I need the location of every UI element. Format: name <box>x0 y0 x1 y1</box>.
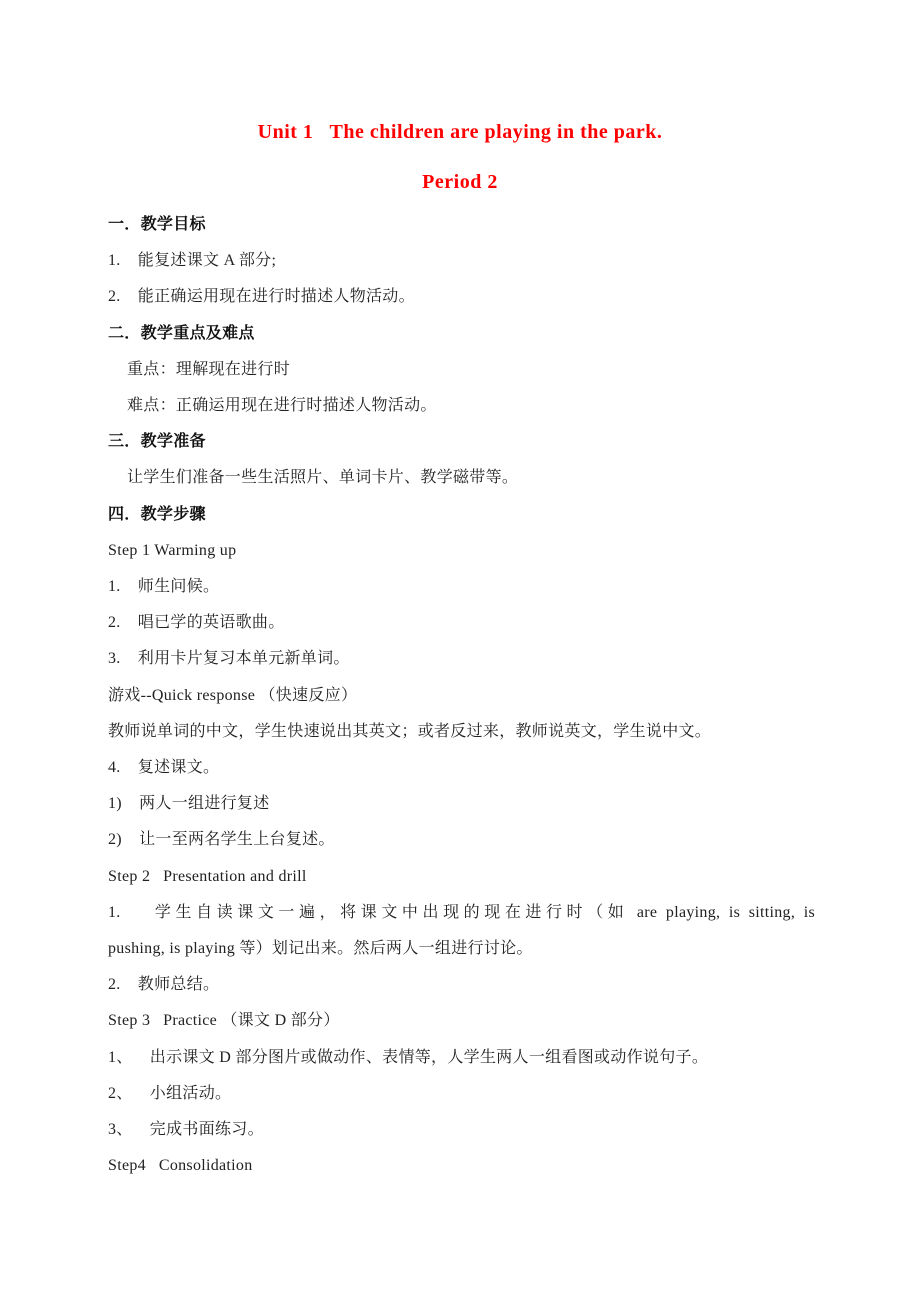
paragraph: 让学生们准备一些生活照片、单词卡片、教学磁带等。 <box>108 460 815 496</box>
document-title-block: Unit 1 The children are playing in the p… <box>0 0 920 198</box>
paragraph: Step 3 Practice （课文 D 部分） <box>108 1003 815 1039</box>
paragraph: 1. 能复述课文 A 部分; <box>108 243 815 279</box>
paragraph: 游戏--Quick response （快速反应） <box>108 678 815 714</box>
paragraph: 4. 复述课文。 <box>108 750 815 786</box>
paragraph: Step 2 Presentation and drill <box>108 859 815 895</box>
paragraph: 1. 学生自读课文一遍，将课文中出现的现在进行时（如 are playing, … <box>108 895 815 931</box>
paragraph: 一．教学目标 <box>108 207 815 243</box>
paragraph: pushing, is playing 等）划记出来。然后两人一组进行讨论。 <box>108 931 815 967</box>
paragraph: 3、 完成书面练习。 <box>108 1112 815 1148</box>
document-subtitle: Period 2 <box>0 166 920 198</box>
document-title: Unit 1 The children are playing in the p… <box>0 116 920 148</box>
paragraph: 1) 两人一组进行复述 <box>108 786 815 822</box>
paragraph: 四．教学步骤 <box>108 497 815 533</box>
paragraph: 2. 教师总结。 <box>108 967 815 1003</box>
paragraph: 教师说单词的中文，学生快速说出其英文；或者反过来，教师说英文，学生说中文。 <box>108 714 815 750</box>
paragraph: 1. 师生问候。 <box>108 569 815 605</box>
paragraph: Step 1 Warming up <box>108 533 815 569</box>
paragraph: 2. 能正确运用现在进行时描述人物活动。 <box>108 279 815 315</box>
paragraph: 二．教学重点及难点 <box>108 316 815 352</box>
paragraph: 1、 出示课文 D 部分图片或做动作、表情等，人学生两人一组看图或动作说句子。 <box>108 1040 815 1076</box>
paragraph: 难点：正确运用现在进行时描述人物活动。 <box>108 388 815 424</box>
paragraph: 三．教学准备 <box>108 424 815 460</box>
document-body: 一．教学目标1. 能复述课文 A 部分;2. 能正确运用现在进行时描述人物活动。… <box>0 207 920 1184</box>
paragraph: 重点：理解现在进行时 <box>108 352 815 388</box>
paragraph: 2) 让一至两名学生上台复述。 <box>108 822 815 858</box>
paragraph: 2、 小组活动。 <box>108 1076 815 1112</box>
paragraph: 2. 唱已学的英语歌曲。 <box>108 605 815 641</box>
paragraph: Step4 Consolidation <box>108 1148 815 1184</box>
paragraph: 3. 利用卡片复习本单元新单词。 <box>108 641 815 677</box>
document-page: Unit 1 The children are playing in the p… <box>0 0 920 1302</box>
